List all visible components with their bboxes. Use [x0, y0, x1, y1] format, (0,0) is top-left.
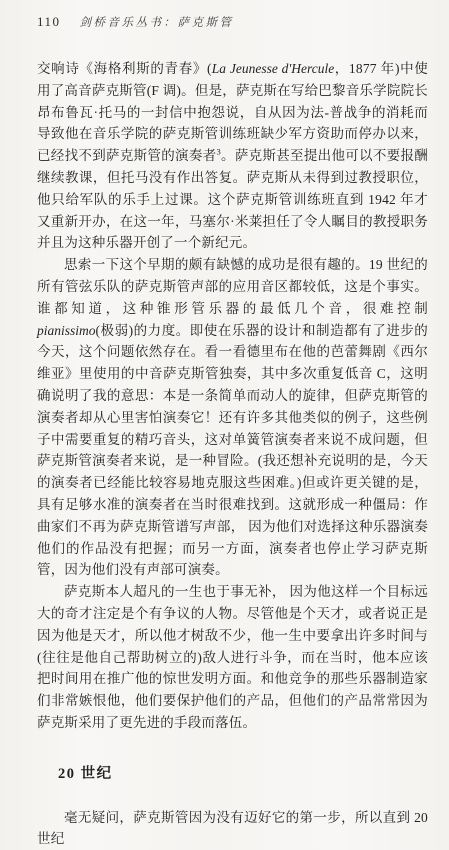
page-header: 110 剑桥音乐丛书：萨克斯管: [37, 14, 428, 30]
music-term-italic: pianissimo: [37, 323, 96, 338]
page-body: 交响诗《海格利斯的青春》(La Jeunesse d'Hercule，1877 …: [37, 58, 428, 690]
paragraph-text: 萨克斯本人超凡的一生也于事无补， 因为他这样一个目标远大的奇才注定是个有争议的人…: [37, 584, 428, 690]
paragraph-text: (极弱)的力度。即使在乐器的设计和制造都有了进步的今天，这个问题依然存在。看一看…: [37, 323, 428, 578]
paragraph-text: 思索一下这个早期的颇有缺憾的成功是很有趣的。19 世纪的所有管弦乐队的萨克斯管声…: [37, 257, 428, 316]
running-title: 剑桥音乐丛书：萨克斯管: [80, 14, 234, 30]
paragraph: 萨克斯本人超凡的一生也于事无补， 因为他这样一个目标远大的奇才注定是个有争议的人…: [37, 581, 428, 690]
paragraph-text: 交响诗《海格利斯的青春》(: [37, 61, 212, 76]
book-page: 110 剑桥音乐丛书：萨克斯管 交响诗《海格利斯的青春》(La Jeunesse…: [0, 0, 449, 690]
work-title-italic: La Jeunesse d'Hercule: [212, 61, 335, 76]
paragraph-text: 。萨克斯甚至提出他可以不要报酬继续教课，但托马没有作出答复。萨克斯从未得到过教授…: [37, 148, 428, 250]
paragraph: 思索一下这个早期的颇有缺憾的成功是很有趣的。19 世纪的所有管弦乐队的萨克斯管声…: [37, 254, 428, 581]
page-number: 110: [37, 14, 61, 30]
paragraph-continuation: 交响诗《海格利斯的青春》(La Jeunesse d'Hercule，1877 …: [37, 58, 428, 254]
